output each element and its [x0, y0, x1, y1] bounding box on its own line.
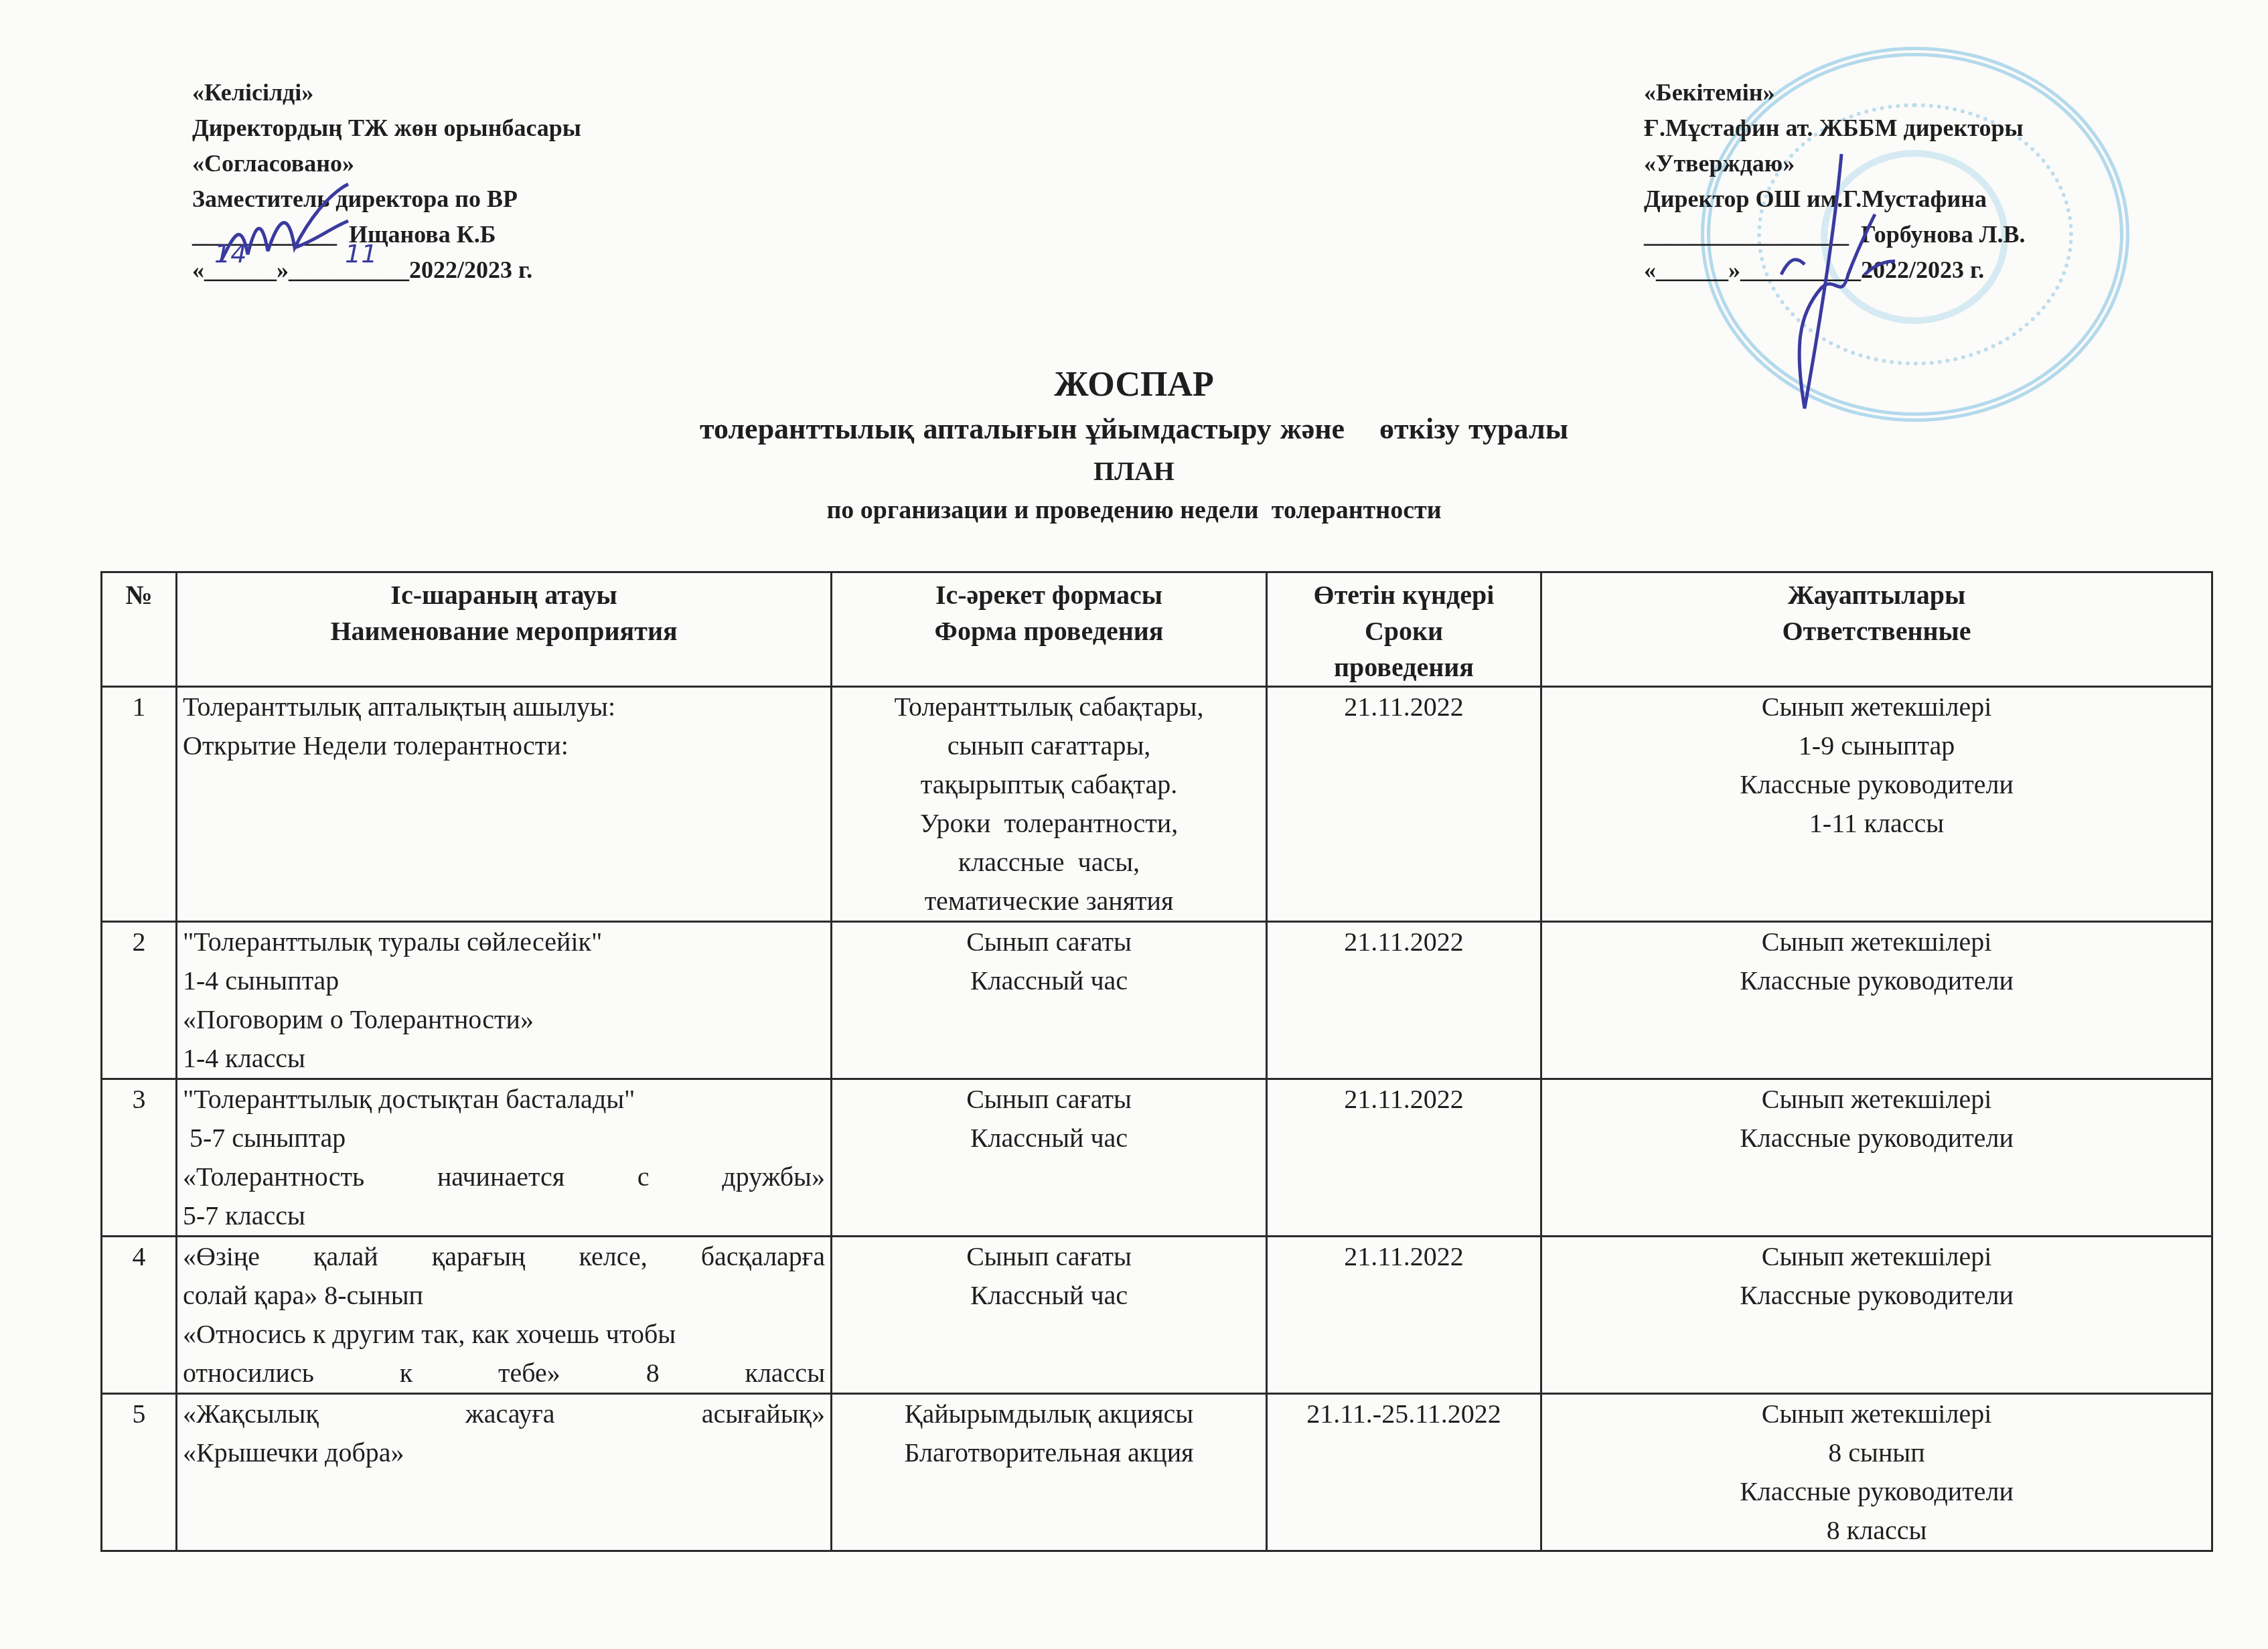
row-number: 1	[102, 687, 177, 922]
cell-text: 8 сынып	[1547, 1433, 2206, 1472]
responsible-cell: Сынып жетекшілеріКлассные руководители	[1541, 1079, 2212, 1237]
date-cell: 21.11.2022	[1267, 922, 1541, 1079]
cell-text: Сынып сағаты	[838, 923, 1260, 961]
row-number: 5	[102, 1394, 177, 1551]
cell-text: 21.11.2022	[1273, 923, 1535, 961]
plan-table: №Іс-шараның атауыНаименование мероприяти…	[100, 571, 2213, 1552]
cell-text: 1-9 сыныптар	[1547, 726, 2206, 765]
approval-line: Ғ.Мұстафин ат. ЖББМ директоры	[1644, 110, 2026, 146]
responsible-cell: Сынып жетекшілеріКлассные руководители	[1541, 1237, 2212, 1394]
event-name-cell: "Толеранттылық достықтан басталады" 5-7 …	[177, 1079, 832, 1237]
header-responsible: ЖауаптыларыОтветственные	[1541, 572, 2212, 687]
cell-text: Сынып жетекшілері	[1547, 1080, 2206, 1119]
cell-text: 5-7 классы	[183, 1196, 825, 1235]
cell-text: Сынып сағаты	[838, 1080, 1260, 1119]
form-cell: Сынып сағатыКлассный час	[832, 1237, 1267, 1394]
approval-line: «Бекітемін»	[1644, 75, 2026, 110]
cell-text: «Поговорим о Толерантности»	[183, 1000, 825, 1039]
date-cell: 21.11.2022	[1267, 1079, 1541, 1237]
header-label: №	[108, 577, 170, 613]
cell-text: "Толеранттылық достықтан басталады"	[183, 1080, 825, 1119]
table-row: 1Толеранттылық апталықтың ашылуы:Открыти…	[102, 687, 2212, 922]
handwritten-month-left: 11	[345, 239, 377, 268]
cell-text: 21.11.2022	[1273, 1237, 1535, 1276]
event-name-cell: «Өзіңе қалай қарағың келсе, басқаларғасо…	[177, 1237, 832, 1394]
document-subtitle-kz: толеранттылық апталығын ұйымдастыру және…	[0, 412, 2268, 446]
table-body: 1Толеранттылық апталықтың ашылуы:Открыти…	[102, 687, 2212, 1551]
header-event-name: Іс-шараның атауыНаименование мероприятия	[177, 572, 832, 687]
handwritten-day-left: 14	[214, 239, 246, 268]
header-label: Ответственные	[1547, 613, 2206, 649]
cell-text: Классные руководители	[1547, 765, 2206, 804]
cell-text: Сынып жетекшілері	[1547, 923, 2206, 961]
event-name-cell: «Жақсылық жасауға асығайық»«Крышечки доб…	[177, 1394, 832, 1551]
form-cell: Сынып сағатыКлассный час	[832, 1079, 1267, 1237]
cell-text: относились к тебе» 8 классы	[183, 1354, 825, 1393]
cell-text: 1-4 классы	[183, 1039, 825, 1078]
document-subtitle-ru: по организации и проведению недели толер…	[0, 495, 2268, 525]
cell-text: Классные руководители	[1547, 1276, 2206, 1315]
row-number: 4	[102, 1237, 177, 1394]
cell-text: Сынып жетекшілері	[1547, 1395, 2206, 1433]
responsible-cell: Сынып жетекшілеріКлассные руководители	[1541, 922, 2212, 1079]
approval-line: «Согласовано»	[192, 146, 581, 181]
responsible-cell: Сынып жетекшілері8 сыныпКлассные руковод…	[1541, 1394, 2212, 1551]
cell-text: Классный час	[838, 961, 1260, 1000]
header-label: Өтетін күндері	[1273, 577, 1535, 613]
event-name-cell: "Толеранттылық туралы сөйлесейік"1-4 сын…	[177, 922, 832, 1079]
approval-line: Директордың ТЖ жөн орынбасары	[192, 110, 581, 146]
table-header-row: №Іс-шараның атауыНаименование мероприяти…	[102, 572, 2212, 687]
header-label: Сроки	[1273, 613, 1535, 649]
cell-text: Классный час	[838, 1276, 1260, 1315]
cell-text: тематические занятия	[838, 882, 1260, 921]
cell-text: солай қара» 8-сынып	[183, 1276, 825, 1315]
cell-text: Открытие Недели толерантности:	[183, 726, 825, 765]
approval-line: «Келісілді»	[192, 75, 581, 110]
table-row: 5«Жақсылық жасауға асығайық»«Крышечки до…	[102, 1394, 2212, 1551]
header-label: Форма проведения	[838, 613, 1260, 649]
cell-text: 21.11.2022	[1273, 1080, 1535, 1119]
cell-text: Классные руководители	[1547, 1472, 2206, 1511]
cell-text: тақырыптық сабақтар.	[838, 765, 1260, 804]
cell-text: 21.11.2022	[1273, 688, 1535, 726]
responsible-cell: Сынып жетекшілері1-9 сыныптарКлассные ру…	[1541, 687, 2212, 922]
table-row: 4«Өзіңе қалай қарағың келсе, басқаларғас…	[102, 1237, 2212, 1394]
cell-text: Сынып жетекшілері	[1547, 688, 2206, 726]
cell-text: Сынып сағаты	[838, 1237, 1260, 1276]
cell-text: «Жақсылық жасауға асығайық»	[183, 1395, 825, 1433]
cell-text: 21.11.-25.11.2022	[1273, 1395, 1535, 1433]
cell-text: Благотворительная акция	[838, 1433, 1260, 1472]
cell-text: Толеранттылық сабақтары,	[838, 688, 1260, 726]
cell-text: Классные руководители	[1547, 1119, 2206, 1158]
form-cell: Сынып сағатыКлассный час	[832, 922, 1267, 1079]
cell-text: Сынып жетекшілері	[1547, 1237, 2206, 1276]
cell-text: "Толеранттылық туралы сөйлесейік"	[183, 923, 825, 961]
document-title-ru: ПЛАН	[0, 455, 2268, 487]
date-cell: 21.11.2022	[1267, 687, 1541, 922]
cell-text: сынып сағаттары,	[838, 726, 1260, 765]
header-label: Наименование мероприятия	[183, 613, 825, 649]
cell-text: Уроки толерантности,	[838, 804, 1260, 843]
cell-text: 1-11 классы	[1547, 804, 2206, 843]
header-label: проведения	[1273, 649, 1535, 686]
cell-text: «Относись к другим так, как хочешь чтобы	[183, 1315, 825, 1354]
cell-text: 1-4 сыныптар	[183, 961, 825, 1000]
form-cell: Қайырымдылық акциясыБлаготворительная ак…	[832, 1394, 1267, 1551]
date-cell: 21.11.2022	[1267, 1237, 1541, 1394]
cell-text: «Крышечки добра»	[183, 1433, 825, 1472]
cell-text: «Толерантность начинается с дружбы»	[183, 1158, 825, 1196]
cell-text: Қайырымдылық акциясы	[838, 1395, 1260, 1433]
cell-text: Толеранттылық апталықтың ашылуы:	[183, 688, 825, 726]
event-name-cell: Толеранттылық апталықтың ашылуы:Открытие…	[177, 687, 832, 922]
cell-text: Классные руководители	[1547, 961, 2206, 1000]
form-cell: Толеранттылық сабақтары,сынып сағаттары,…	[832, 687, 1267, 922]
table-row: 2"Толеранттылық туралы сөйлесейік"1-4 сы…	[102, 922, 2212, 1079]
header-form: Іс-әрекет формасыФорма проведения	[832, 572, 1267, 687]
cell-text: «Өзіңе қалай қарағың келсе, басқаларға	[183, 1237, 825, 1276]
cell-text: 8 классы	[1547, 1511, 2206, 1550]
row-number: 3	[102, 1079, 177, 1237]
header-label: Жауаптылары	[1547, 577, 2206, 613]
document-title: ЖОСПАР	[0, 365, 2268, 404]
cell-text: 5-7 сыныптар	[183, 1119, 825, 1158]
cell-text: классные часы,	[838, 843, 1260, 882]
header-number: №	[102, 572, 177, 687]
cell-text: Классный час	[838, 1119, 1260, 1158]
header-dates: Өтетін күндеріСрокипроведения	[1267, 572, 1541, 687]
header-label: Іс-шараның атауы	[183, 577, 825, 613]
row-number: 2	[102, 922, 177, 1079]
date-cell: 21.11.-25.11.2022	[1267, 1394, 1541, 1551]
table-row: 3"Толеранттылық достықтан басталады" 5-7…	[102, 1079, 2212, 1237]
header-label: Іс-әрекет формасы	[838, 577, 1260, 613]
